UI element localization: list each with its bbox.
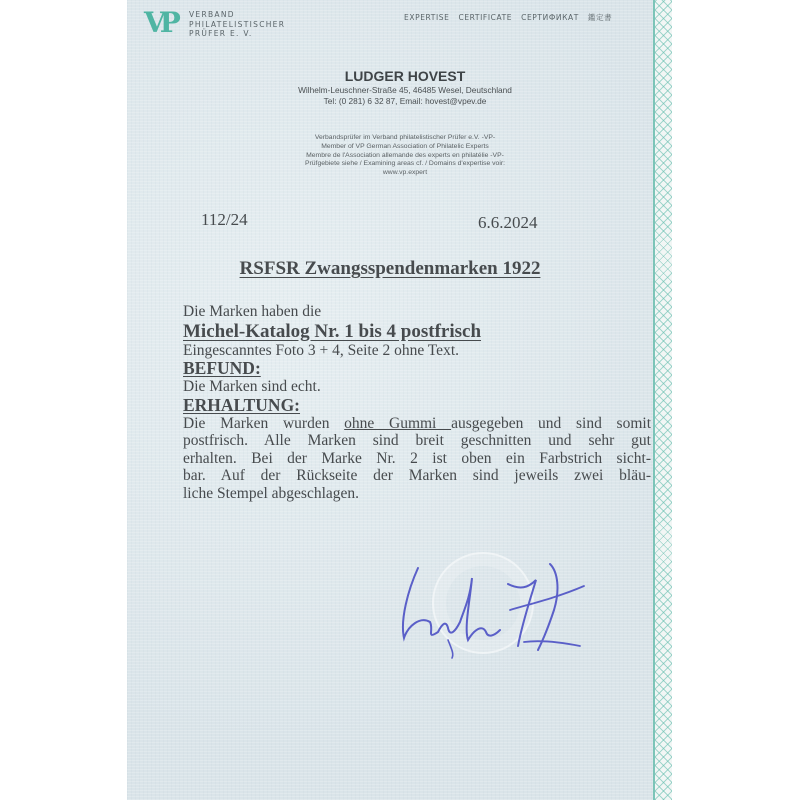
association-line: VERBAND	[189, 10, 285, 20]
signature	[390, 550, 590, 660]
membership-line: Prüfgebiete siehe / Examining areas cf. …	[230, 160, 580, 169]
erhaltung-line: bar. Auf der Rückseite der Marken sind j…	[183, 467, 651, 485]
erhaltung-text: ausgegeben und sind somit	[451, 415, 651, 432]
certificate-title: RSFSR Zwangsspendenmarken 1922	[127, 258, 653, 280]
erhaltung-line: liche Stempel abgeschlagen.	[183, 485, 651, 503]
certificate-body: Die Marken haben die Michel-Katalog Nr. …	[183, 303, 651, 502]
membership-info: Verbandsprüfer im Verband philatelistisc…	[230, 134, 580, 178]
erhaltung-line: postfrisch. Alle Marken sind breit gesch…	[183, 432, 651, 450]
erhaltung-text: Die Marken wurden	[183, 415, 344, 432]
certificate-date: 6.6.2024	[478, 213, 538, 233]
photo-note: Eingescanntes Foto 3 + 4, Seite 2 ohne T…	[183, 342, 651, 360]
expert-name: LUDGER HOVEST	[230, 68, 580, 85]
erhaltung-line: erhalten. Bei der Marke Nr. 2 ist oben e…	[183, 450, 651, 468]
membership-line: Member of VP German Association of Phila…	[230, 143, 580, 152]
association-line: PHILATELISTISCHER	[189, 20, 285, 30]
erhaltung-heading: ERHALTUNG:	[183, 396, 651, 415]
certificate-label: EXPERTISE CERTIFICATE СЕРТИФИКАТ 鑑定書	[404, 12, 612, 23]
befund-text: Die Marken sind echt.	[183, 378, 651, 396]
association-name: VERBAND PHILATELISTISCHER PRÜFER E. V.	[189, 10, 285, 39]
guilloche-border	[655, 0, 672, 800]
ohne-gummi-text: ohne Gummi	[344, 415, 451, 432]
membership-line: Membre de l'Association allemande des ex…	[230, 152, 580, 161]
vp-logo: VP	[144, 10, 186, 36]
expert-header: LUDGER HOVEST Wilhelm-Leuschner-Straße 4…	[230, 68, 580, 106]
membership-website: www.vp.expert	[230, 169, 580, 178]
expert-contact: Tel: (0 281) 6 32 87, Email: hovest@vpev…	[230, 96, 580, 107]
certificate-number: 112/24	[201, 210, 248, 230]
erhaltung-line: Die Marken wurden ohne Gummi ausgegeben …	[183, 415, 651, 433]
catalog-reference: Michel-Katalog Nr. 1 bis 4 postfrisch	[183, 321, 651, 342]
befund-heading: BEFUND:	[183, 359, 651, 378]
membership-line: Verbandsprüfer im Verband philatelistisc…	[230, 134, 580, 143]
certificate-page: VP VERBAND PHILATELISTISCHER PRÜFER E. V…	[127, 0, 672, 800]
expert-address: Wilhelm-Leuschner-Straße 45, 46485 Wesel…	[230, 85, 580, 96]
association-line: PRÜFER E. V.	[189, 29, 285, 39]
intro-text: Die Marken haben die	[183, 303, 651, 321]
